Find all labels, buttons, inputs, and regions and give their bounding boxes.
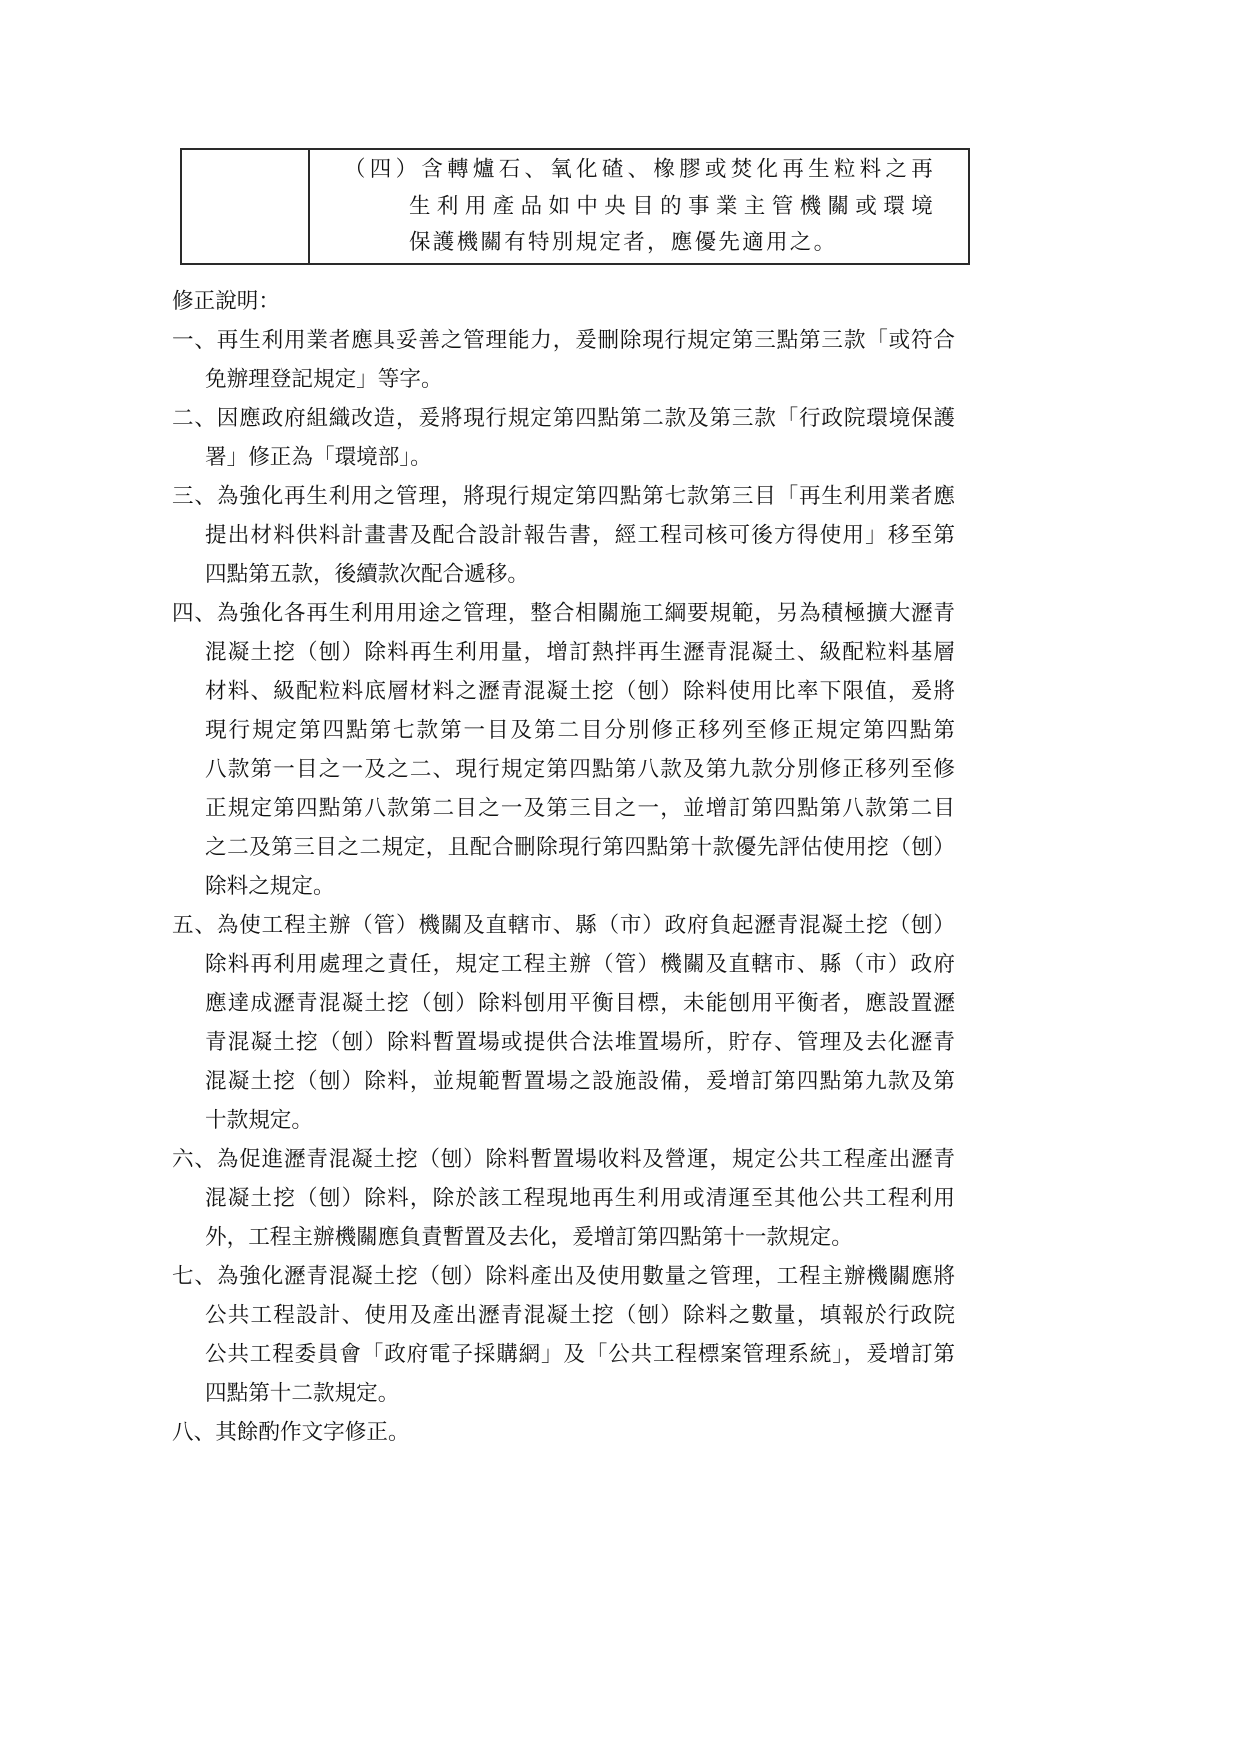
text-line: 八、其餘酌作文字修正。: [172, 1413, 955, 1452]
explanation-section: 修正說明： 一、再生利用業者應具妥善之管理能力，爰刪除現行規定第三點第三款「或符…: [172, 282, 955, 1452]
text-line: 之二及第三目之二規定，且配合刪除現行第四點第十款優先評估使用挖（刨）: [205, 828, 955, 867]
text-line: 青混凝土挖（刨）除料暫置場或提供合法堆置場所，貯存、管理及去化瀝青: [205, 1023, 955, 1062]
explanation-list: 一、再生利用業者應具妥善之管理能力，爰刪除現行規定第三點第三款「或符合免辦理登記…: [172, 321, 955, 1452]
table-provision-cell: （四）含轉爐石、氧化碴、橡膠或焚化再生粒料之再生利用產品如中央目的事業主管機關或…: [310, 150, 968, 263]
text-line: 公共工程設計、使用及產出瀝青混凝土挖（刨）除料之數量，填報於行政院: [205, 1296, 955, 1335]
text-line: 現行規定第四點第七款第一目及第二目分別修正移列至修正規定第四點第: [205, 711, 955, 750]
text-line: 四點第十二款規定。: [205, 1374, 955, 1413]
text-line: 免辦理登記規定」等字。: [205, 360, 955, 399]
explanation-item: 一、再生利用業者應具妥善之管理能力，爰刪除現行規定第三點第三款「或符合免辦理登記…: [172, 321, 955, 399]
text-line: 七、為強化瀝青混凝土挖（刨）除料產出及使用數量之管理，工程主辦機關應將: [172, 1257, 955, 1296]
text-line: 混凝土挖（刨）除料再生利用量，增訂熱拌再生瀝青混凝土、級配粒料基層: [205, 633, 955, 672]
text-line: 應達成瀝青混凝土挖（刨）除料刨用平衡目標，未能刨用平衡者，應設置瀝: [205, 984, 955, 1023]
text-line: 除料之規定。: [205, 867, 955, 906]
explanation-item: 二、因應政府組織改造，爰將現行規定第四點第二款及第三款「行政院環境保護署」修正為…: [172, 399, 955, 477]
revision-table: （四）含轉爐石、氧化碴、橡膠或焚化再生粒料之再生利用產品如中央目的事業主管機關或…: [180, 148, 970, 265]
text-line: 提出材料供料計畫書及配合設計報告書，經工程司核可後方得使用」移至第: [205, 516, 955, 555]
explanation-item: 三、為強化再生利用之管理，將現行規定第四點第七款第三目「再生利用業者應提出材料供…: [172, 477, 955, 594]
table-cell-line: 生利用產品如中央目的事業主管機關或環境: [409, 188, 935, 225]
document-content: （四）含轉爐石、氧化碴、橡膠或焚化再生粒料之再生利用產品如中央目的事業主管機關或…: [172, 148, 972, 1452]
table-cell-line: 保護機關有特別規定者，應優先適用之。: [409, 224, 935, 261]
text-line: 八款第一目之一及之二、現行規定第四點第八款及第九款分別修正移列至修: [205, 750, 955, 789]
explanation-item: 七、為強化瀝青混凝土挖（刨）除料產出及使用數量之管理，工程主辦機關應將公共工程設…: [172, 1257, 955, 1413]
text-line: 四、為強化各再生利用用途之管理，整合相關施工綱要規範，另為積極擴大瀝青: [172, 594, 955, 633]
text-line: 二、因應政府組織改造，爰將現行規定第四點第二款及第三款「行政院環境保護: [172, 399, 955, 438]
table-cell-line: （四）含轉爐石、氧化碴、橡膠或焚化再生粒料之再: [344, 151, 935, 188]
text-line: 三、為強化再生利用之管理，將現行規定第四點第七款第三目「再生利用業者應: [172, 477, 955, 516]
text-line: 四點第五款，後續款次配合遞移。: [205, 555, 955, 594]
explanation-item: 八、其餘酌作文字修正。: [172, 1413, 955, 1452]
text-line: 外，工程主辦機關應負責暫置及去化，爰增訂第四點第十一款規定。: [205, 1218, 955, 1257]
text-line: 除料再利用處理之責任，規定工程主辦（管）機關及直轄市、縣（市）政府: [205, 945, 955, 984]
text-line: 公共工程委員會「政府電子採購網」及「公共工程標案管理系統」，爰增訂第: [205, 1335, 955, 1374]
table-empty-cell: [182, 150, 310, 263]
text-line: 五、為使工程主辦（管）機關及直轄市、縣（市）政府負起瀝青混凝土挖（刨）: [172, 906, 955, 945]
explanation-item: 五、為使工程主辦（管）機關及直轄市、縣（市）政府負起瀝青混凝土挖（刨）除料再利用…: [172, 906, 955, 1140]
text-line: 六、為促進瀝青混凝土挖（刨）除料暫置場收料及營運，規定公共工程產出瀝青: [172, 1140, 955, 1179]
explanation-item: 四、為強化各再生利用用途之管理，整合相關施工綱要規範，另為積極擴大瀝青混凝土挖（…: [172, 594, 955, 906]
text-line: 署」修正為「環境部」。: [205, 438, 955, 477]
text-line: 正規定第四點第八款第二目之一及第三目之一，並增訂第四點第八款第二目: [205, 789, 955, 828]
document-page: （四）含轉爐石、氧化碴、橡膠或焚化再生粒料之再生利用產品如中央目的事業主管機關或…: [0, 0, 1241, 1755]
explanation-item: 六、為促進瀝青混凝土挖（刨）除料暫置場收料及營運，規定公共工程產出瀝青混凝土挖（…: [172, 1140, 955, 1257]
section-heading: 修正說明：: [172, 282, 955, 321]
text-line: 一、再生利用業者應具妥善之管理能力，爰刪除現行規定第三點第三款「或符合: [172, 321, 955, 360]
text-line: 混凝土挖（刨）除料，除於該工程現地再生利用或清運至其他公共工程利用: [205, 1179, 955, 1218]
text-line: 十款規定。: [205, 1101, 955, 1140]
text-line: 混凝土挖（刨）除料，並規範暫置場之設施設備，爰增訂第四點第九款及第: [205, 1062, 955, 1101]
text-line: 材料、級配粒料底層材料之瀝青混凝土挖（刨）除料使用比率下限值，爰將: [205, 672, 955, 711]
